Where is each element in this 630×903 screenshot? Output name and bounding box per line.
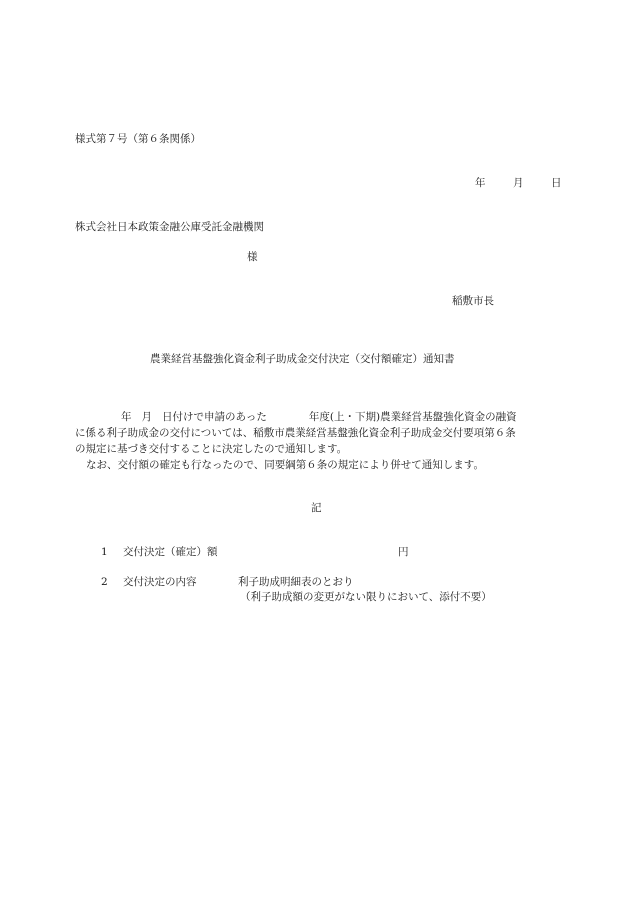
issuer-name: 稲敷市長	[452, 293, 494, 309]
item-grant-content: 2交付決定の内容利子助成明細表のとおり	[101, 574, 354, 590]
item-number: 2	[101, 574, 123, 590]
recipient-honorific: 様	[247, 249, 258, 265]
document-title: 農業経営基盤強化資金利子助成金交付決定（交付額確定）通知書	[150, 351, 455, 367]
body-application-text: 日付けで申請のあった	[162, 411, 267, 423]
item-label: 交付決定（確定）額	[123, 544, 398, 560]
item-label: 交付決定の内容	[123, 574, 238, 590]
item-number: 1	[101, 544, 123, 560]
body-fiscal-year-text: 年度(上・下期)農業経営基盤強化資金の融資	[309, 411, 517, 423]
body-month-label: 月	[142, 411, 153, 423]
body-line-2: に係る利子助成金の交付については、稲敷市農業経営基盤強化資金利子助成金交付要項第…	[75, 425, 570, 441]
form-number: 様式第７号（第６条関係）	[75, 131, 201, 147]
body-year-label: 年	[121, 411, 132, 423]
recipient-name: 株式会社日本政策金融公庫受託金融機関	[75, 219, 264, 235]
item-note: （利子助成額の変更がない限りにおいて、添付不要）	[240, 589, 492, 605]
item-grant-amount: 1交付決定（確定）額円	[101, 544, 409, 560]
ki-heading: 記	[311, 500, 322, 516]
issue-date: 年月日	[475, 175, 562, 191]
item-value: 円	[398, 546, 409, 558]
body-paragraph: 年月日付けで申請のあった年度(上・下期)農業経営基盤強化資金の融資 に係る利子助…	[75, 409, 570, 473]
body-line-4: なお、交付額の確定も行なったので、同要綱第６条の規定により併せて通知します。	[75, 457, 570, 473]
date-year-label: 年	[475, 175, 513, 191]
item-value: 利子助成明細表のとおり	[238, 576, 354, 588]
date-day-label: 日	[551, 175, 562, 191]
body-line-3: の規定に基づき交付することに決定したので通知します。	[75, 441, 570, 457]
body-line-1: 年月日付けで申請のあった年度(上・下期)農業経営基盤強化資金の融資	[75, 409, 570, 425]
date-month-label: 月	[513, 175, 551, 191]
